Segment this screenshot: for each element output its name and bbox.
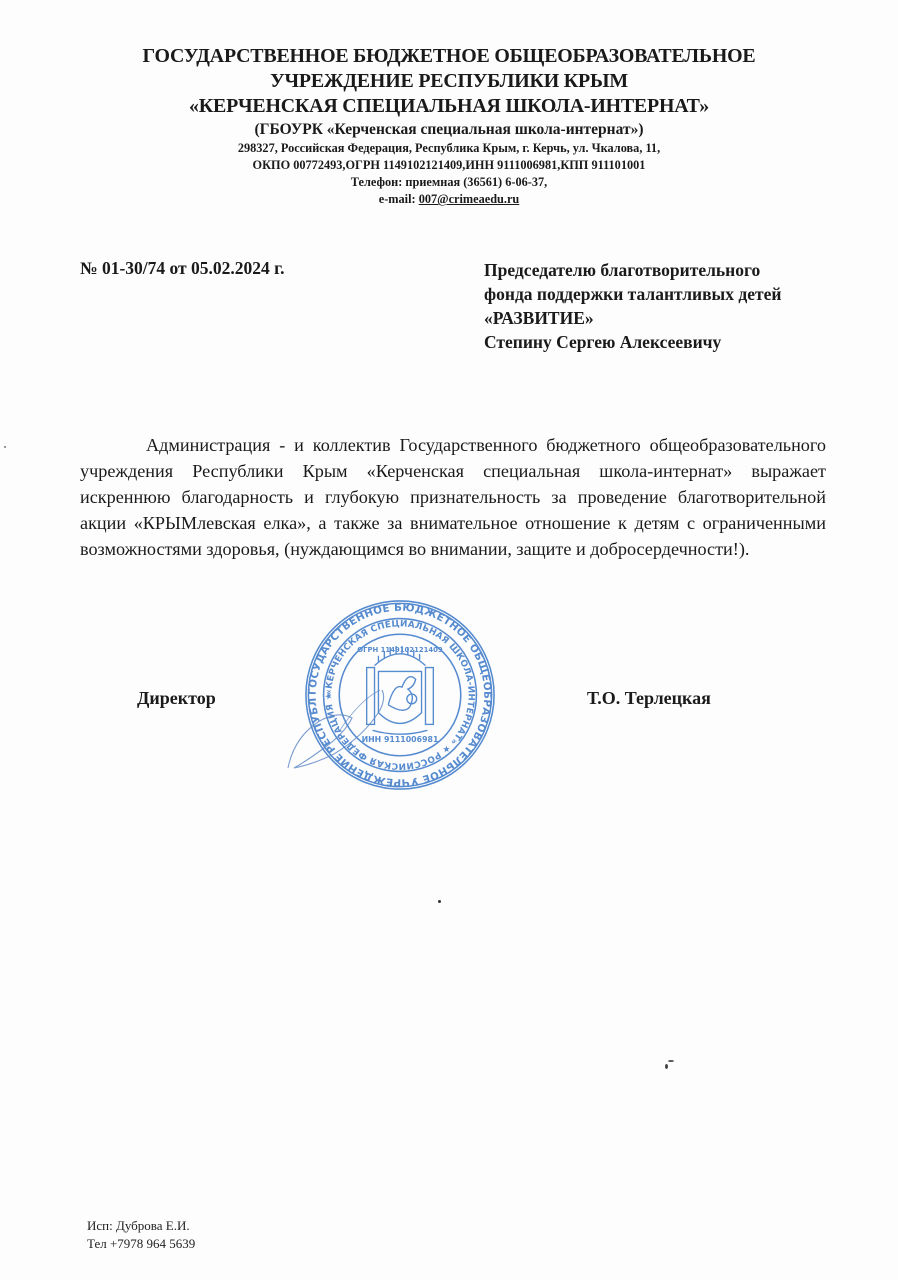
document-page: ГОСУДАРСТВЕННОЕ БЮДЖЕТНОЕ ОБЩЕОБРАЗОВАТЕ…: [0, 0, 898, 1280]
letterhead-org-line-2: УЧРЕЖДЕНИЕ РЕСПУБЛИКИ КРЫМ: [72, 69, 827, 94]
addressee-line: фонда поддержки талантливых детей: [484, 282, 781, 306]
reference-number: № 01-30/74 от 05.02.2024 г.: [80, 258, 285, 279]
addressee-block: Председателю благотворительного фонда по…: [484, 258, 781, 354]
email-link[interactable]: 007@crimeaedu.ru: [419, 192, 520, 206]
letterhead-registry-codes: ОКПО 00772493,ОГРН 1149102121409,ИНН 911…: [60, 157, 838, 174]
letterhead-address: 298327, Российская Федерация, Республика…: [60, 140, 838, 157]
executor-phone: Тел +7978 964 5639: [87, 1235, 195, 1253]
body-paragraph: Администрация - и коллектив Государствен…: [80, 432, 826, 562]
letterhead-org-line-1: ГОСУДАРСТВЕННОЕ БЮДЖЕТНОЕ ОБЩЕОБРАЗОВАТЕ…: [72, 44, 827, 69]
letter-body: Администрация - и коллектив Государствен…: [80, 432, 826, 562]
letterhead-abbreviation: (ГБОУРК «Керченская специальная школа-ин…: [60, 120, 838, 140]
scan-speck: [665, 1064, 668, 1069]
email-label: e-mail:: [379, 192, 419, 206]
scan-speck: [668, 1060, 674, 1062]
signatory-name: Т.О. Терлецкая: [587, 688, 711, 709]
signatory-title: Директор: [137, 688, 216, 709]
letterhead-phone: Телефон: приемная (36561) 6-06-37,: [60, 174, 838, 191]
addressee-line: Председателю благотворительного: [484, 258, 781, 282]
addressee-line: «РАЗВИТИЕ»: [484, 306, 781, 330]
letterhead-org-line-3: «КЕРЧЕНСКАЯ СПЕЦИАЛЬНАЯ ШКОЛА-ИНТЕРНАТ»: [72, 94, 827, 119]
letterhead: ГОСУДАРСТВЕННОЕ БЮДЖЕТНОЕ ОБЩЕОБРАЗОВАТЕ…: [60, 44, 838, 208]
addressee-line: Степину Сергею Алексеевичу: [484, 330, 781, 354]
scan-speck: [438, 900, 441, 903]
executor-name: Исп: Дуброва Е.И.: [87, 1217, 195, 1235]
letterhead-email-line: e-mail: 007@crimeaedu.ru: [60, 191, 838, 208]
executor-block: Исп: Дуброва Е.И. Тел +7978 964 5639: [87, 1217, 195, 1253]
scan-speck: [4, 446, 6, 448]
stamp-ogrn: ОГРН 1149102121409: [357, 646, 443, 654]
handwritten-signature-icon: [280, 660, 440, 780]
